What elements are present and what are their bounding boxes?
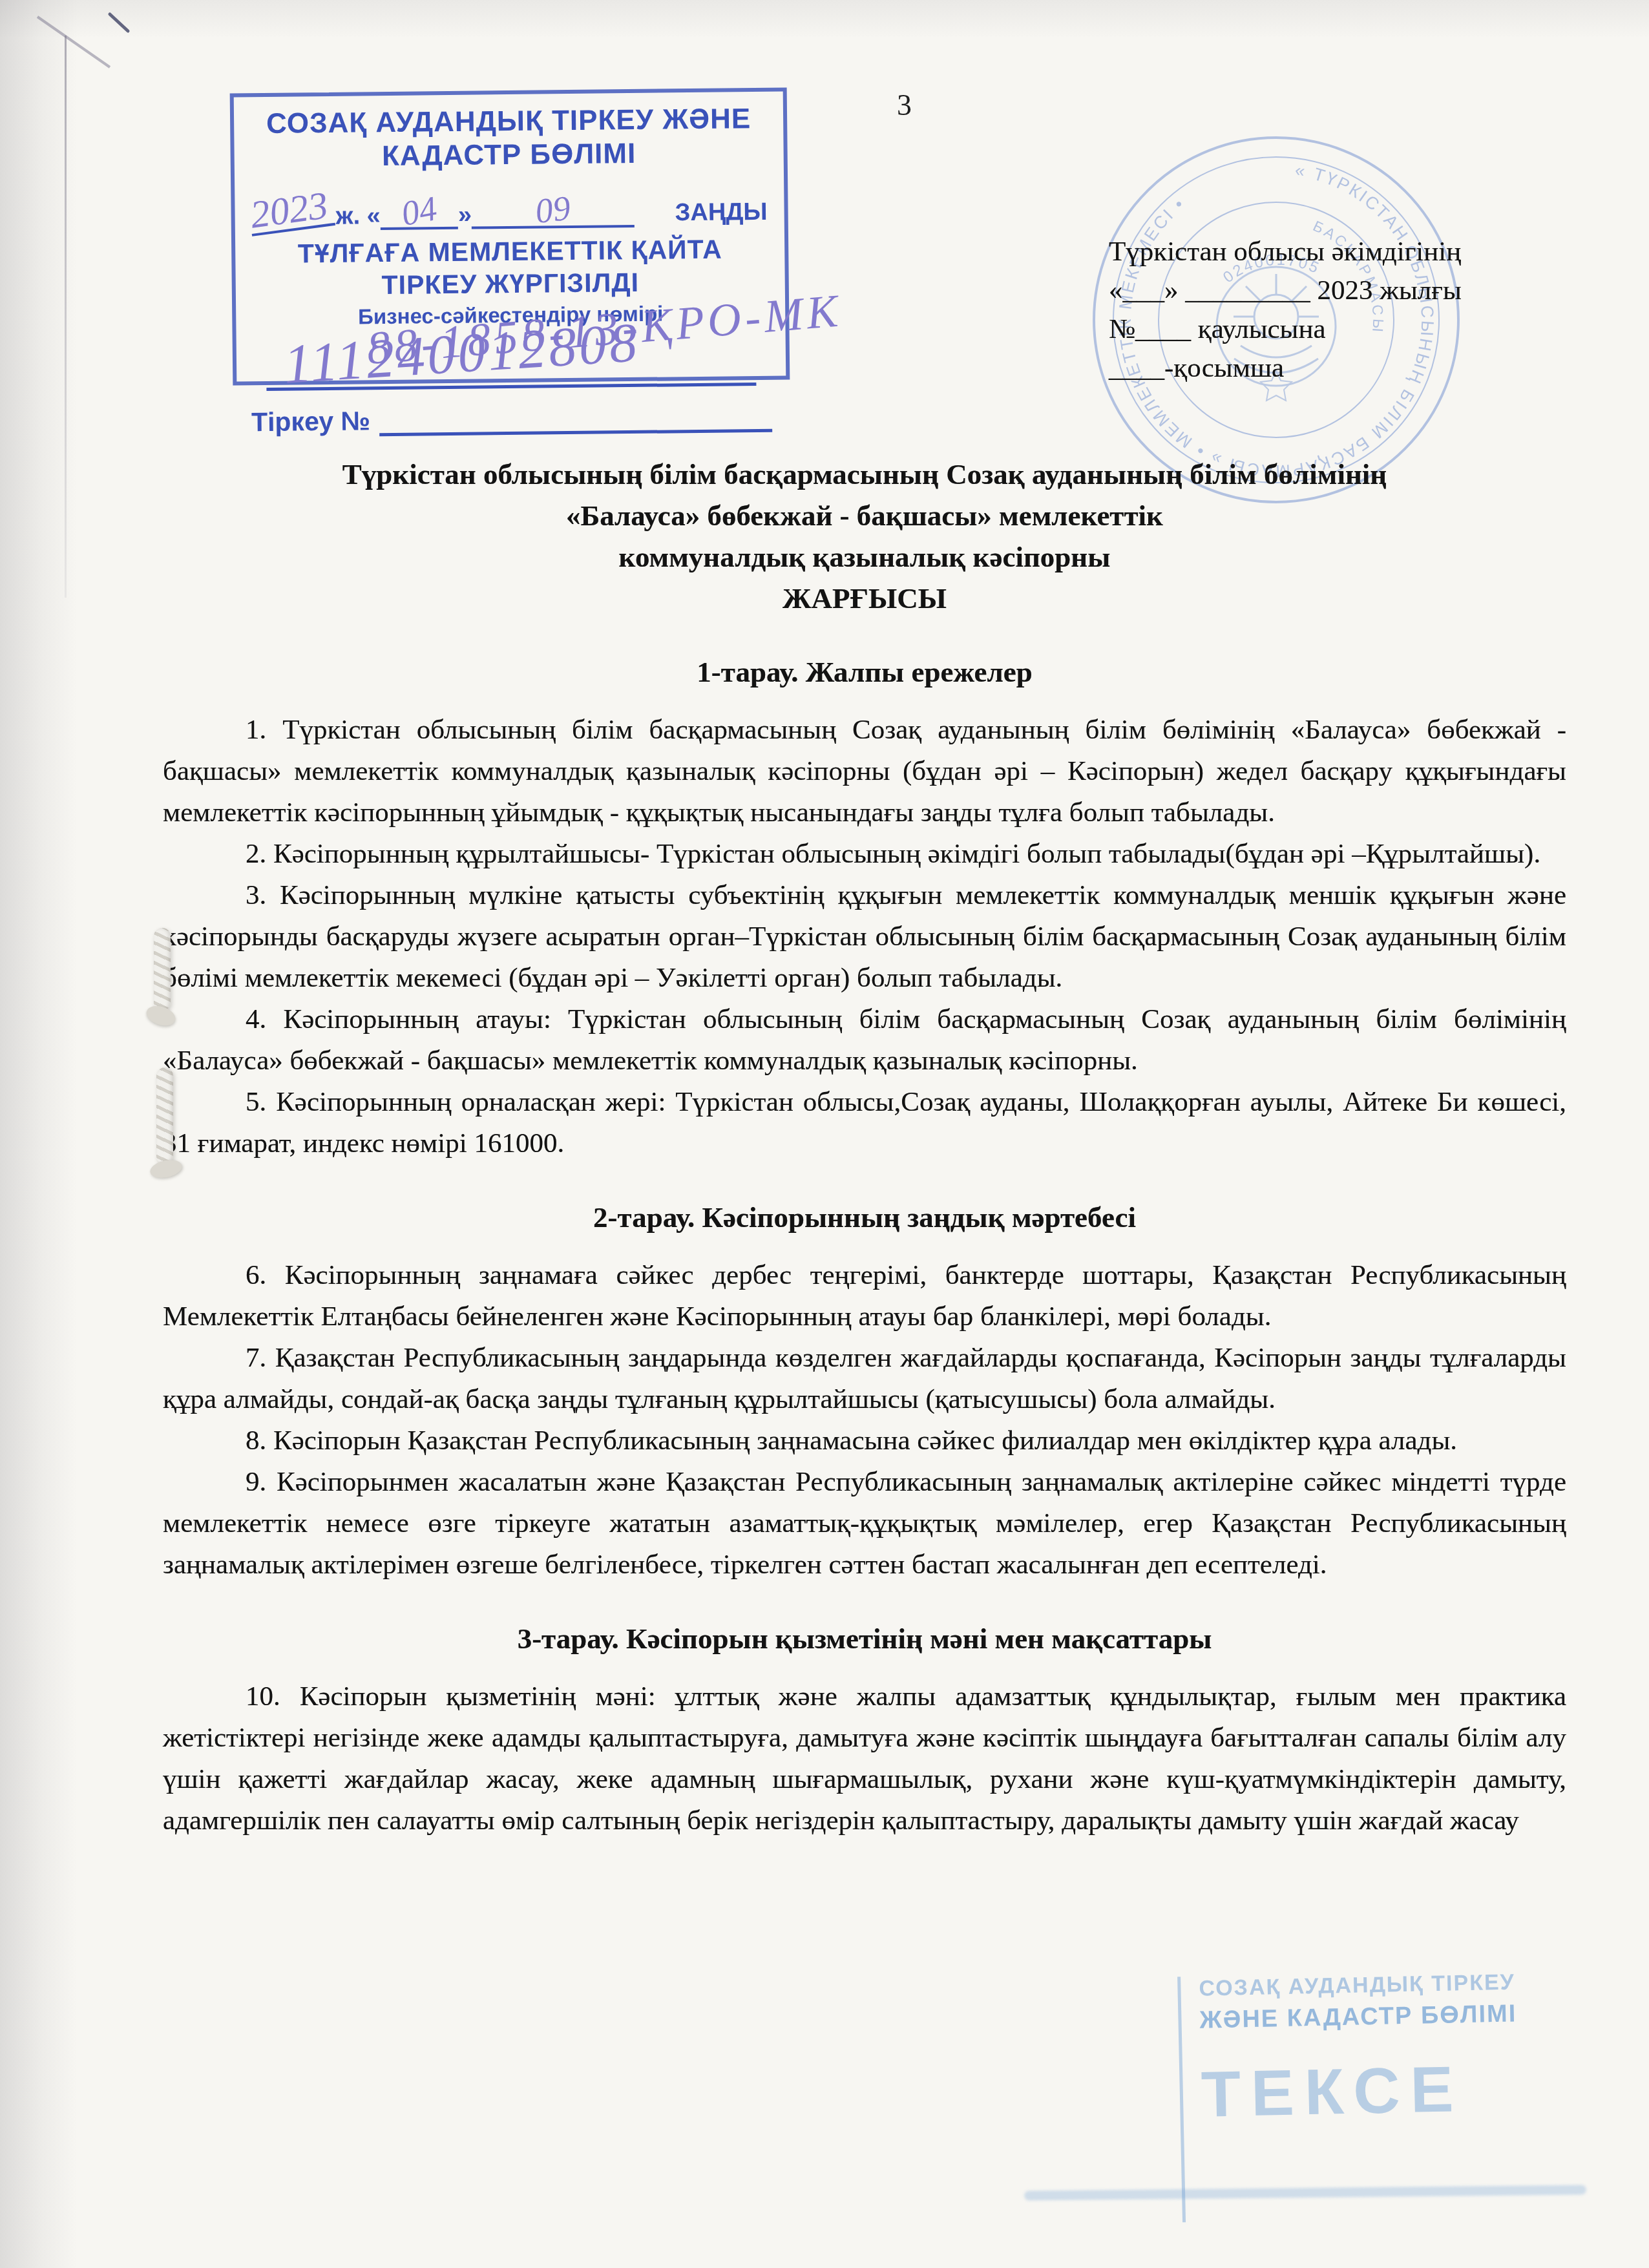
chapter-3-heading: 3-тарау. Кәсіпорын қызметінің мәні мен м…	[163, 1618, 1566, 1659]
document-body: Түркістан облысының білім басқармасының …	[163, 454, 1566, 1842]
paragraph-5: 5. Кәсіпорынның орналасқан жері: Түркіст…	[163, 1082, 1566, 1164]
title-line4: ЖАРҒЫСЫ	[163, 578, 1566, 619]
stamp-date-row: 2023 ж. « 04 » 09 ЗАҢДЫ	[249, 178, 770, 231]
paragraph-3: 3. Кәсіпорынның мүлкіне қатысты субъекті…	[163, 875, 1566, 999]
approval-line2: «___» _________ 2023 жылғы	[1109, 271, 1462, 310]
page-number: 3	[897, 88, 912, 122]
approval-block: Түркістан облысы әкімдігінің «___» _____…	[1109, 233, 1462, 388]
handwritten-day: 04	[399, 192, 439, 230]
page-fold-crease	[65, 36, 67, 598]
handwritten-month: 09	[534, 191, 572, 227]
scanned-document-page: 3 СОЗАҚ АУДАНДЫҚ ТІРКЕУ ЖӘНЕ КАДАСТР БӨЛ…	[0, 0, 1649, 2268]
stamp-action-line1: ТҰЛҒАҒА МЕМЛЕКЕТТІК ҚАЙТА	[249, 233, 770, 270]
stamp-org-line1: СОЗАҚ АУДАНДЫҚ ТІРКЕУ ЖӘНЕ	[248, 102, 770, 141]
stamp-quote-close: »	[458, 202, 472, 229]
binding-thread-lower	[156, 1067, 173, 1164]
stamp-legal-label: ЗАҢДЫ	[675, 198, 767, 227]
corner-verification-stamp: СОЗАҚ АУДАНДЫҚ ТІРКЕУ ЖӘНЕ КАДАСТР БӨЛІМ…	[1177, 1968, 1635, 2223]
handwritten-year: 2023	[247, 185, 335, 236]
date-month-blank: 09	[472, 193, 635, 229]
paragraph-9: 9. Кәсіпорынмен жасалатын және Қазақстан…	[163, 1462, 1566, 1586]
paragraph-4: 4. Кәсіпорынның атауы: Түркістан облысын…	[163, 999, 1566, 1082]
paragraph-7: 7. Қазақстан Республикасының заңдарында …	[163, 1338, 1566, 1420]
document-title: Түркістан облысының білім басқармасының …	[163, 454, 1566, 619]
scan-top-shadow	[0, 0, 1649, 39]
approval-line3: №____ қаулысына	[1109, 310, 1462, 349]
stamp-reg-blank	[379, 392, 772, 436]
chapter-1-heading: 1-тарау. Жалпы ережелер	[163, 651, 1566, 693]
corner-stamp-line2: ЖӘНЕ КАДАСТР БӨЛІМІ	[1199, 1998, 1631, 2035]
approval-line4: ____-қосымша	[1109, 349, 1462, 388]
date-day-blank: 04	[381, 194, 459, 230]
title-line2: «Балауса» бөбекжай - бақшасы» мемлекетті…	[163, 495, 1566, 536]
paragraph-2: 2. Кәсіпорынның құрылтайшысы- Түркістан …	[163, 834, 1566, 875]
stamp-date-label: ж. «	[335, 202, 381, 231]
title-line3: коммуналдық қазыналық кәсіпорны	[163, 536, 1566, 578]
stamp-org-line2: КАДАСТР БӨЛІМІ	[248, 136, 770, 174]
paragraph-1: 1. Түркістан облысының білім басқармасын…	[163, 709, 1566, 834]
paragraph-10: 10. Кәсіпорын қызметінің мәні: ұлттық жә…	[163, 1676, 1566, 1842]
registration-stamp: СОЗАҚ АУДАНДЫҚ ТІРКЕУ ЖӘНЕ КАДАСТР БӨЛІМ…	[230, 87, 790, 385]
stamp-reg-row: Тіркеу №	[251, 386, 772, 444]
paragraph-8: 8. Кәсіпорын Қазақстан Республикасының з…	[163, 1420, 1566, 1462]
corner-fold-mark	[34, 12, 137, 89]
stamp-reg-label: Тіркеу №	[251, 406, 371, 437]
corner-stamp-big-text: ТЕКСЕ	[1201, 2049, 1633, 2132]
paragraph-6: 6. Кәсіпорынның заңнамаға сәйкес дербес …	[163, 1255, 1566, 1338]
binding-thread-upper	[154, 928, 171, 1011]
approval-line1: Түркістан облысы әкімдігінің	[1109, 233, 1462, 271]
title-line1: Түркістан облысының білім басқармасының …	[163, 454, 1566, 495]
corner-stamp-line1: СОЗАҚ АУДАНДЫҚ ТІРКЕУ	[1199, 1968, 1630, 2002]
chapter-2-heading: 2-тарау. Кәсіпорынның заңдық мәртебесі	[163, 1197, 1566, 1238]
